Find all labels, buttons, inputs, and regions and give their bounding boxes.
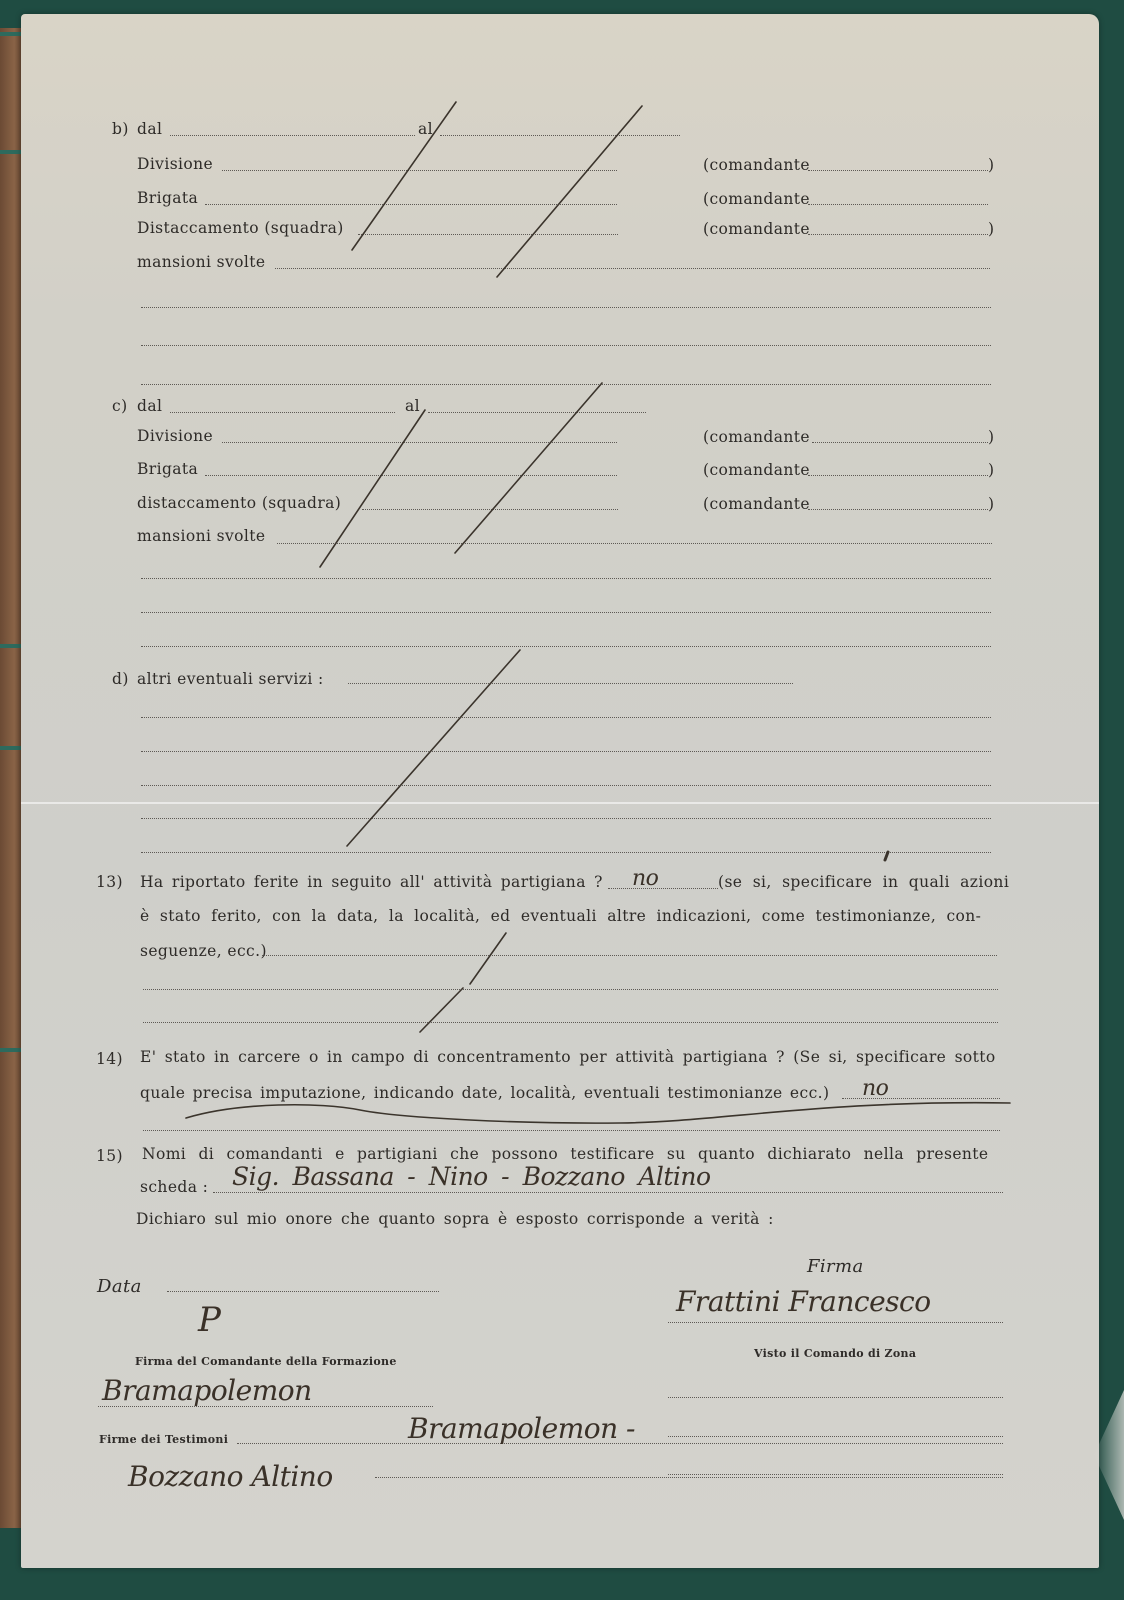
section-c-comandante-2-field[interactable] (808, 475, 988, 476)
section-b-divisione-label: Divisione (137, 155, 213, 173)
question-13-answer: no (632, 866, 658, 891)
section-b-brigata-label: Brigata (137, 189, 198, 207)
section-c-comandante-2-label: (comandante (703, 461, 810, 479)
question-13-details-line-3[interactable] (143, 1022, 998, 1023)
question-15-answer-field[interactable] (213, 1192, 1003, 1193)
section-c-divisione-field[interactable] (222, 442, 617, 443)
section-d-label: d) (112, 670, 129, 688)
section-d-line-5[interactable] (141, 818, 991, 819)
section-c-distaccamento-field[interactable] (362, 509, 618, 510)
section-b-distaccamento-field[interactable] (358, 234, 618, 235)
testimoni-label: Firme dei Testimoni (99, 1433, 228, 1446)
section-c-comandante-3-field[interactable] (808, 509, 988, 510)
section-b-dal-field[interactable] (170, 135, 415, 136)
section-c-brigata-label: Brigata (137, 460, 198, 478)
question-15-answer: Sig. Bassana - Nino - Bozzano Altino (232, 1162, 711, 1191)
declaration-text: Dichiaro sul mio onore che quanto sopra … (136, 1210, 774, 1228)
section-d-line-4[interactable] (141, 785, 991, 786)
question-13-answer-field[interactable] (608, 888, 718, 889)
question-13-details-line-2[interactable] (143, 989, 998, 990)
section-c-dal-label: dal (137, 397, 162, 415)
question-13-details-field[interactable] (262, 955, 997, 956)
question-13-line-3: seguenze, ecc.) (140, 942, 267, 960)
visto-comando-field-2[interactable] (668, 1436, 1003, 1437)
section-c-al-label: al (405, 397, 420, 415)
question-14-details-field[interactable] (143, 1130, 1000, 1131)
firma-label: Firma (807, 1256, 864, 1277)
firma-field[interactable] (668, 1322, 1003, 1323)
section-c-brigata-field[interactable] (205, 475, 617, 476)
paper-fold (21, 802, 1099, 804)
section-d-text: altri eventuali servizi : (137, 670, 324, 688)
section-b-mansioni-line-4[interactable] (141, 384, 991, 385)
comandante-formazione-label: Firma del Comandante della Formazione (135, 1355, 397, 1368)
question-14-line-1: E' stato in carcere o in campo di concen… (140, 1048, 996, 1066)
question-14-number: 14) (96, 1050, 123, 1068)
section-c-mansioni-line-2[interactable] (141, 578, 991, 579)
section-b-divisione-field[interactable] (222, 170, 617, 171)
section-b-comandante-1-field[interactable] (808, 170, 988, 171)
section-b-label: b) (112, 120, 129, 138)
section-c-comandante-1-label: (comandante (703, 428, 810, 446)
section-b-comandante-3-label: (comandante (703, 220, 810, 238)
section-c-distaccamento-label: distaccamento (squadra) (137, 494, 341, 512)
question-13-number: 13) (96, 873, 123, 891)
section-b-comandante-2-label: (comandante (703, 190, 810, 208)
paren: ) (988, 220, 994, 238)
visto-comando-field-3[interactable] (668, 1474, 1003, 1475)
visto-comando-field-1[interactable] (668, 1397, 1003, 1398)
section-c-divisione-label: Divisione (137, 427, 213, 445)
section-b-al-label: al (418, 120, 433, 138)
data-field[interactable] (167, 1291, 439, 1292)
section-b-mansioni-line-2[interactable] (141, 307, 991, 308)
section-b-mansioni-label: mansioni svolte (137, 253, 265, 271)
section-b-mansioni-field[interactable] (275, 268, 990, 269)
section-b-comandante-1-label: (comandante (703, 156, 810, 174)
section-b-mansioni-line-3[interactable] (141, 345, 991, 346)
section-c-mansioni-label: mansioni svolte (137, 527, 265, 545)
section-c-mansioni-line-3[interactable] (141, 612, 991, 613)
section-c-mansioni-line-4[interactable] (141, 646, 991, 647)
section-c-mansioni-field[interactable] (277, 543, 992, 544)
question-13-line-1b: (se si, specificare in quali azioni (718, 873, 1009, 891)
section-c-comandante-3-label: (comandante (703, 495, 810, 513)
initial-mark: P (198, 1300, 220, 1340)
paper-sheet (21, 14, 1099, 1568)
section-b-distaccamento-label: Distaccamento (squadra) (137, 219, 344, 237)
section-d-line-2[interactable] (141, 717, 991, 718)
testimone-2-field[interactable] (375, 1477, 1003, 1478)
paren: ) (988, 461, 994, 479)
paren: ) (988, 495, 994, 513)
section-b-dal-label: dal (137, 120, 162, 138)
question-15-number: 15) (96, 1147, 123, 1165)
paren: ) (988, 428, 994, 446)
question-15-line-1: Nomi di comandanti e partigiani che poss… (142, 1145, 989, 1163)
testimone-1-signature: Bramapolemon - (408, 1412, 635, 1445)
firma-signature: Frattini Francesco (676, 1285, 931, 1318)
data-label: Data (97, 1276, 142, 1297)
section-b-comandante-3-field[interactable] (808, 234, 988, 235)
question-14-answer: no (862, 1076, 888, 1101)
paren: ) (988, 156, 994, 174)
section-c-al-field[interactable] (428, 412, 646, 413)
question-13-line-2: è stato ferito, con la data, la località… (140, 907, 981, 925)
section-c-label: c) (112, 397, 128, 415)
visto-comando-label: Visto il Comando di Zona (754, 1347, 916, 1360)
question-14-line-2: quale precisa imputazione, indicando dat… (140, 1084, 829, 1102)
testimone-2-signature: Bozzano Altino (128, 1460, 333, 1493)
section-d-line-6[interactable] (141, 852, 991, 853)
question-13-line-1a: Ha riportato ferite in seguito all' atti… (140, 873, 603, 891)
section-b-comandante-2-field[interactable] (808, 204, 988, 205)
question-15-scheda-label: scheda : (140, 1178, 208, 1196)
section-d-field[interactable] (348, 683, 793, 684)
comandante-formazione-signature: Bramapolemon (102, 1374, 312, 1407)
section-d-line-3[interactable] (141, 751, 991, 752)
section-b-al-field[interactable] (440, 135, 680, 136)
section-b-brigata-field[interactable] (205, 204, 617, 205)
section-c-dal-field[interactable] (170, 412, 395, 413)
section-c-comandante-1-field[interactable] (812, 442, 988, 443)
